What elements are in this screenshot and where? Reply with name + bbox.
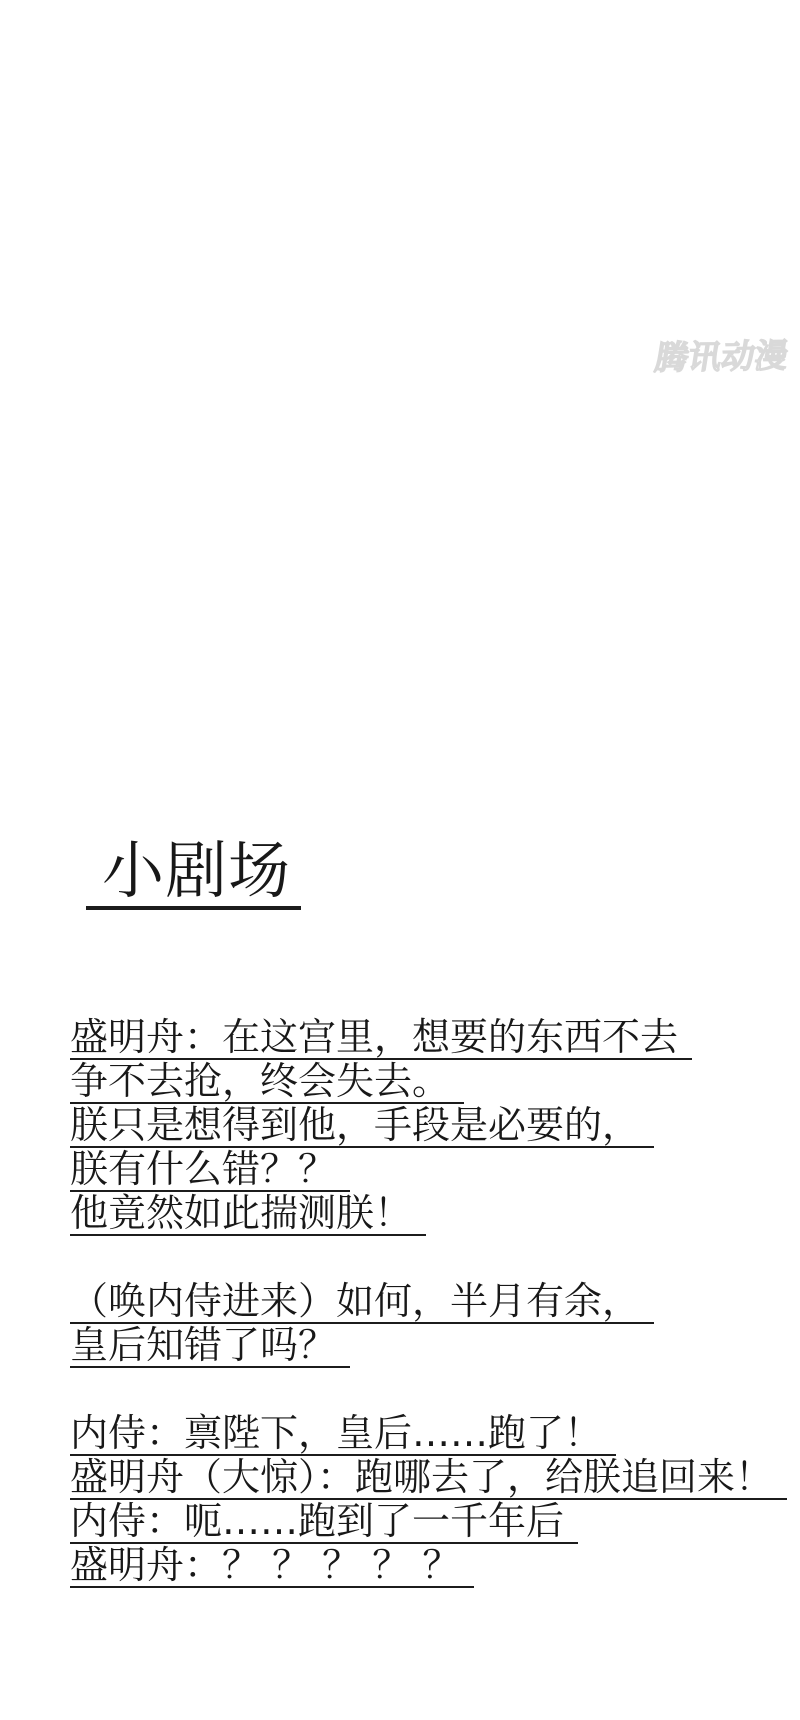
dialogue-line: 盛明舟：在这宫里，想要的东西不去: [70, 1016, 692, 1060]
dialogue-line: 内侍：呃……跑到了一千年后: [70, 1500, 578, 1544]
page-title: 小剧场: [86, 838, 301, 910]
dialogue-line: 皇后知错了吗？: [70, 1324, 350, 1368]
section-title-wrap: 小剧场: [86, 838, 301, 910]
tencent-comics-watermark-logo: 腾讯动漫: [652, 330, 792, 379]
dialogue-block: 盛明舟：在这宫里，想要的东西不去 争不去抢，终会失去。 朕只是想得到他，手段是必…: [70, 1016, 796, 1588]
dialogue-paragraph-summon-attendant: （唤内侍进来）如何，半月有余， 皇后知错了吗？: [70, 1280, 796, 1368]
dialogue-line: （唤内侍进来）如何，半月有余，: [70, 1280, 654, 1324]
comic-page: 腾讯动漫 小剧场 盛明舟：在这宫里，想要的东西不去 争不去抢，终会失去。 朕只是…: [0, 0, 800, 1720]
dialogue-line: 朕有什么错？？: [70, 1148, 350, 1192]
dialogue-line: 盛明舟：？ ？ ？ ？ ？: [70, 1544, 474, 1588]
dialogue-paragraph-attendant-report: 内侍：禀陛下，皇后……跑了！ 盛明舟（大惊）：跑哪去了，给朕追回来！ 内侍：呃……: [70, 1412, 796, 1588]
dialogue-paragraph-emperor-monologue: 盛明舟：在这宫里，想要的东西不去 争不去抢，终会失去。 朕只是想得到他，手段是必…: [70, 1016, 796, 1236]
dialogue-line: 朕只是想得到他，手段是必要的，: [70, 1104, 654, 1148]
dialogue-line: 他竟然如此揣测朕！: [70, 1192, 426, 1236]
dialogue-line: 内侍：禀陛下，皇后……跑了！: [70, 1412, 616, 1456]
dialogue-line: 争不去抢，终会失去。: [70, 1060, 464, 1104]
dialogue-line: 盛明舟（大惊）：跑哪去了，给朕追回来！: [70, 1456, 787, 1500]
